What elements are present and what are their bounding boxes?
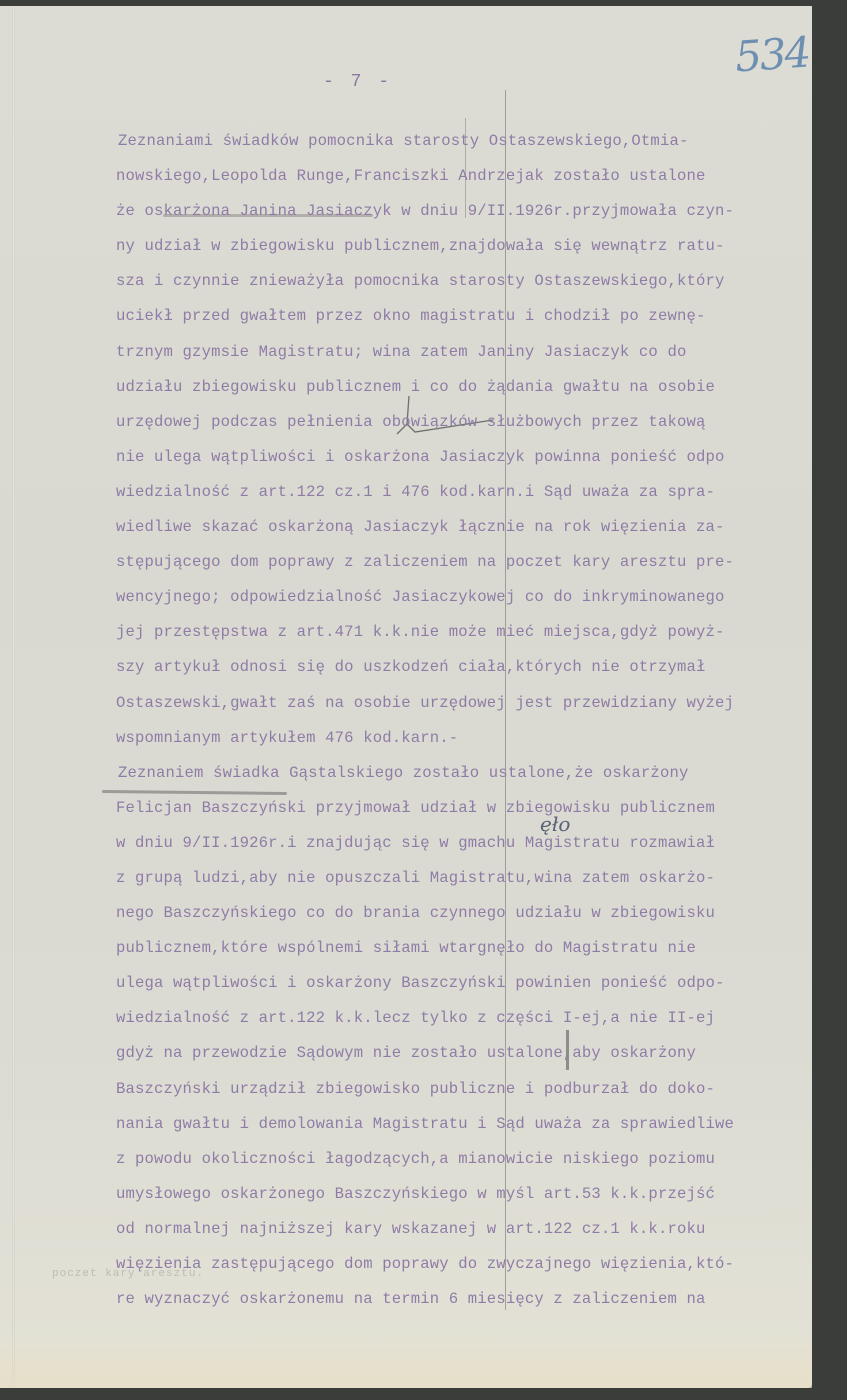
- text-line: z grupą ludzi,aby nie opuszczali Magistr…: [116, 861, 816, 896]
- text-line: umysłowego oskarżonego Baszczyńskiego w …: [116, 1177, 816, 1212]
- text-line: wiedliwe skazać oskarżoną Jasiaczyk łącz…: [116, 510, 816, 545]
- archive-number-handwritten: 534: [733, 27, 810, 81]
- text-line: stępującego dom poprawy z zaliczeniem na…: [116, 545, 816, 580]
- text-line: jej przestępstwa z art.471 k.k.nie może …: [116, 615, 816, 650]
- text-line: w dniu 9/II.1926r.i znajdując się w gmac…: [116, 826, 816, 861]
- text-line: wencyjnego; odpowiedzialność Jasiaczykow…: [116, 580, 816, 615]
- text-line: Zeznaniami świadków pomocnika starosty O…: [116, 124, 816, 159]
- text-line: z powodu okoliczności łagodzących,a mian…: [116, 1142, 816, 1177]
- text-line: wiedzialność z art.122 k.k.lecz tylko z …: [116, 1001, 816, 1036]
- page-number: - 7 -: [323, 72, 392, 92]
- text-line: szy artykuł odnosi się do uszkodzeń ciał…: [116, 650, 816, 685]
- text-line: sza i czynnie znieważyła pomocnika staro…: [116, 264, 816, 299]
- text-line: wspomnianym artykułem 476 kod.karn.-: [116, 721, 816, 756]
- text-line: że oskarżona Janina Jasiaczyk w dniu 9/I…: [116, 194, 816, 229]
- text-line: udziału zbiegowisku publicznem i co do ż…: [116, 370, 816, 405]
- faint-bottom-text: poczet kary aresztu.: [52, 1268, 204, 1280]
- text-line: więzienia zastępującego dom poprawy do z…: [116, 1247, 816, 1282]
- text-line: Felicjan Baszczyński przyjmował udział w…: [116, 791, 816, 826]
- text-line: urzędowej podczas pełnienia obowiązków s…: [116, 405, 816, 440]
- text-line: nowskiego,Leopolda Runge,Franciszki Andr…: [116, 159, 816, 194]
- text-line: Zeznaniem świadka Gąstalskiego zostało u…: [116, 756, 816, 791]
- text-line: nie ulega wątpliwości i oskarżona Jasiac…: [116, 440, 816, 475]
- text-line: publicznem,które wspólnemi siłami wtargn…: [116, 931, 816, 966]
- text-line: re wyznaczyć oskarżonemu na termin 6 mie…: [116, 1282, 816, 1317]
- text-line: ny udział w zbiegowisku publicznem,znajd…: [116, 229, 816, 264]
- paper-stain: [0, 1330, 812, 1388]
- text-line: Ostaszewski,gwałt zaś na osobie urzędowe…: [116, 686, 816, 721]
- text-line: nania gwałtu i demolowania Magistratu i …: [116, 1107, 816, 1142]
- text-line: nego Baszczyńskiego co do brania czynneg…: [116, 896, 816, 931]
- page-fold-edge: [12, 6, 15, 1388]
- typed-body-text: Zeznaniami świadków pomocnika starosty O…: [116, 124, 816, 1317]
- pencil-correction: ęło: [540, 812, 570, 836]
- text-line: wiedzialność z art.122 cz.1 i 476 kod.ka…: [116, 475, 816, 510]
- text-line: ulega wątpliwości i oskarżony Baszczyńsk…: [116, 966, 816, 1001]
- text-line: trznym gzymsie Magistratu; wina zatem Ja…: [116, 335, 816, 370]
- text-line: uciekł przed gwałtem przez okno magistra…: [116, 299, 816, 334]
- text-line: Baszczyński urządził zbiegowisko publicz…: [116, 1072, 816, 1107]
- text-line: gdyż na przewodzie Sądowym nie zostało u…: [116, 1036, 816, 1071]
- text-line: od normalnej najniższej kary wskazanej w…: [116, 1212, 816, 1247]
